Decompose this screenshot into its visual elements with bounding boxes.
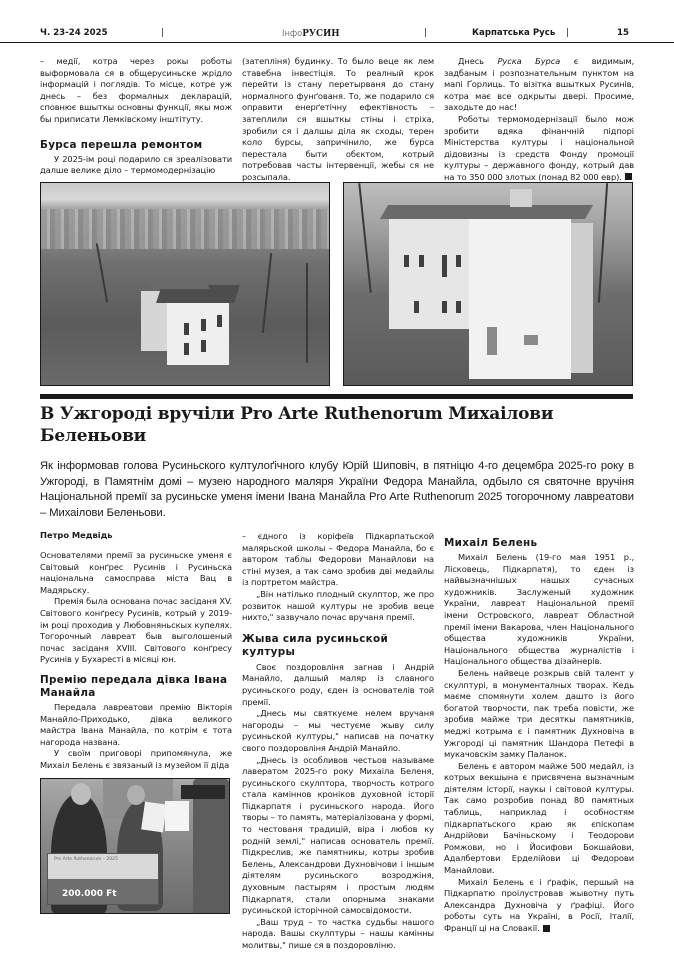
paragraph: Роботы термомодернізації было мож зробит…	[444, 114, 634, 184]
photo-town-background	[41, 209, 329, 249]
subheading: Бурса перешла ремонтом	[40, 139, 232, 152]
photo-cameraman	[193, 779, 229, 914]
photo-window	[201, 319, 206, 331]
subheading: Михаіл Белень	[444, 537, 634, 550]
subheading: Премію передала дівка Івана Манайла	[40, 674, 232, 700]
paragraph: „Днесь мы святкуєме нелем вручаня нагоро…	[242, 708, 434, 754]
photo-tree	[598, 183, 608, 303]
paragraph: Михаіл Белень є і ґрафік, першый на Підк…	[444, 877, 634, 935]
cheque-brand: Pro Arte Ruthenorum – 2025	[54, 857, 118, 862]
photo-house-front	[167, 301, 229, 365]
paragraph: Днесь Руска Бурса є видимым, задбаным і …	[444, 56, 634, 114]
photo-tree	[306, 263, 308, 363]
page-number: 15	[617, 28, 629, 38]
photo-wall-side	[571, 223, 593, 373]
article-divider	[40, 394, 633, 399]
photo-window	[442, 301, 447, 313]
paragraph: Передала лавреатови премію Вікторія Мана…	[40, 702, 232, 748]
photo-window	[217, 315, 222, 327]
photo-window	[404, 255, 409, 267]
paragraph: Белень є автором майже 500 медайл, із ко…	[444, 761, 634, 877]
paragraph: – єдного із коріфеїв Підкарпатьской маля…	[242, 531, 434, 589]
publication-logo: ІнфоРУСИН	[282, 28, 340, 39]
header-separator: |	[161, 28, 164, 38]
photo-tree	[96, 243, 108, 302]
page-header: Ч. 23-24 2025 | ІнфоРУСИН | Карпатська Р…	[0, 22, 674, 43]
article-title: В Ужгороді вручіли Pro Arte Ruthenorum М…	[40, 404, 640, 447]
photo-window	[184, 343, 189, 355]
photo-tree	[262, 253, 272, 333]
photo-door	[487, 327, 497, 355]
photo-head	[71, 783, 91, 805]
logo-main: РУСИН	[302, 29, 339, 39]
section-name: Карпатська Русь	[472, 28, 555, 38]
italic-name: Руска Бурса	[498, 56, 561, 66]
end-of-article-mark	[543, 925, 550, 932]
photo-diploma	[165, 801, 189, 831]
top-article-column-2: (затепліня) будинку. То было веце як лем…	[242, 56, 434, 184]
paragraph: У своїм приговорі припомянула, же Михаіл…	[40, 748, 232, 771]
issue-number: Ч. 23-24 2025	[40, 28, 108, 38]
main-article-column-2: – єдного із коріфеїв Підкарпатьской маля…	[242, 531, 434, 952]
photo-aerial-view	[40, 182, 330, 386]
photo-window	[414, 301, 419, 313]
end-of-article-mark	[625, 173, 632, 180]
photo-diploma	[141, 802, 167, 833]
photo-window	[184, 323, 189, 335]
photo-head	[127, 785, 145, 805]
header-separator: |	[566, 28, 569, 38]
photo-chimney	[510, 189, 532, 207]
subheading: Жыва сила русиньской културы	[242, 633, 434, 659]
logo-prefix: Інфо	[282, 28, 302, 38]
photo-window	[524, 335, 538, 345]
photo-window	[442, 255, 447, 277]
header-separator: |	[424, 28, 427, 38]
article-lead: Як інформовав голова Русиньского култуло…	[40, 459, 634, 522]
photo-building-facade	[343, 182, 633, 386]
paragraph: (затепліня) будинку. То было веце як лем…	[242, 56, 434, 184]
paragraph: У 2025-ім році подарило ся зреалізовати …	[40, 154, 232, 177]
paragraph: „Він натілько плодный скулптор, же про р…	[242, 589, 434, 624]
paragraph: Своє поздоровліня загнав і Андрій Манайл…	[242, 662, 434, 708]
photo-wall-front	[469, 219, 571, 379]
photo-award-ceremony: Pro Arte Ruthenorum – 2025 200.000 Ft	[40, 778, 230, 914]
photo-tree	[358, 183, 371, 293]
paragraph: „Ваш труд – то частка судьбы нашого наро…	[242, 917, 434, 952]
photo-window	[201, 340, 206, 352]
author-byline: Петро Медвідь	[40, 530, 113, 540]
paragraph: Премія была основана почас засіданя XV. …	[40, 596, 232, 666]
main-article-column-1: Основателями премії за русиньске уменя є…	[40, 550, 232, 772]
photo-house-roof	[146, 275, 209, 289]
cheque-amount: 200.000 Ft	[62, 889, 117, 899]
top-article-column-3: Днесь Руска Бурса є видимым, задбаным і …	[444, 56, 634, 184]
paragraph: Основателями премії за русиньске уменя є…	[40, 550, 232, 596]
photo-award-cheque: Pro Arte Ruthenorum – 2025 200.000 Ft	[47, 853, 159, 905]
paragraph: „Днесь із особливов честьов называме лав…	[242, 755, 434, 917]
photo-window	[419, 255, 424, 267]
main-article-column-3: Михаіл Белень Михаіл Белень (19-го мая 1…	[444, 537, 634, 935]
paragraph: Белень найвеце розкрыв свій талент у ску…	[444, 668, 634, 761]
paragraph: Михаіл Белень (19-го мая 1951 р., Лісков…	[444, 552, 634, 668]
paragraph: – медії, котра через рокы роботы выформо…	[40, 56, 232, 126]
photo-camera	[181, 785, 225, 799]
photo-window	[456, 255, 461, 267]
photo-window	[456, 301, 461, 313]
photo-roof	[380, 205, 593, 219]
top-article-column-1: – медії, котра через рокы роботы выформо…	[40, 56, 232, 177]
